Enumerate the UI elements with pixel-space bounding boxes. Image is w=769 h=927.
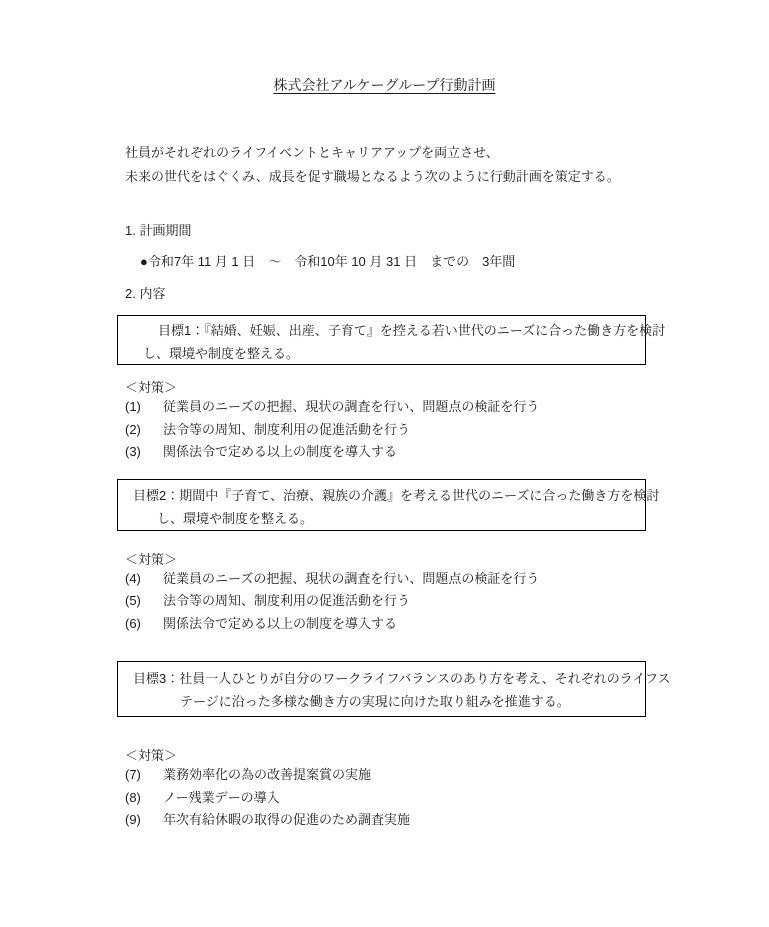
goal-2-line-1: 目標2：期間中『子育て、治療、親族の介護』を考える世代のニーズに合った働き方を検… — [118, 484, 645, 507]
goal-box-1: 目標1：『結婚、妊娠、出産、子育て』を控える若い世代のニーズに合った働き方を検討… — [117, 315, 646, 365]
measure-number: (7) — [125, 764, 163, 787]
measures-group-2: ＜対策＞ (4) 従業員のニーズの把握、現状の調査を行い、問題点の検証を行う (… — [125, 551, 769, 636]
measure-text: 業務効率化の為の改善提案賞の実施 — [163, 764, 769, 787]
goal-2-line-2: し、環境や制度を整える。 — [118, 507, 645, 530]
measure-item: (4) 従業員のニーズの把握、現状の調査を行い、問題点の検証を行う — [125, 568, 769, 591]
measure-text: 従業員のニーズの把握、現状の調査を行い、問題点の検証を行う — [163, 568, 769, 591]
plan-period-value: ●令和7年 11 月 1 日 ～ 令和10年 10 月 31 日 までの 3年間 — [140, 253, 769, 270]
section-heading-content: 2. 内容 — [125, 285, 769, 302]
goal-box-3: 目標3：社員一人ひとりが自分のワークライフバランスのあり方を考え、それぞれのライ… — [117, 661, 646, 717]
intro-line-1: 社員がそれぞれのライフイベントとキャリアアップを両立させ、 — [125, 141, 769, 165]
intro-paragraph: 社員がそれぞれのライフイベントとキャリアアップを両立させ、 未来の世代をはぐくみ… — [125, 141, 769, 189]
measure-item: (3) 関係法令で定める以上の制度を導入する — [125, 441, 769, 464]
measure-item: (2) 法令等の周知、制度利用の促進活動を行う — [125, 419, 769, 442]
measure-text: 法令等の周知、制度利用の促進活動を行う — [163, 590, 769, 613]
measure-text: 関係法令で定める以上の制度を導入する — [163, 441, 769, 464]
measure-item: (5) 法令等の周知、制度利用の促進活動を行う — [125, 590, 769, 613]
measure-item: (6) 関係法令で定める以上の制度を導入する — [125, 613, 769, 636]
measure-number: (6) — [125, 613, 163, 636]
section-heading-plan-period: 1. 計画期間 — [125, 222, 769, 239]
measure-item: (7) 業務効率化の為の改善提案賞の実施 — [125, 764, 769, 787]
measure-item: (1) 従業員のニーズの把握、現状の調査を行い、問題点の検証を行う — [125, 396, 769, 419]
measure-text: 法令等の周知、制度利用の促進活動を行う — [163, 419, 769, 442]
goal-3-line-1: 目標3：社員一人ひとりが自分のワークライフバランスのあり方を考え、それぞれのライ… — [118, 667, 645, 690]
measures-heading-3: ＜対策＞ — [125, 747, 769, 764]
measure-text: 年次有給休暇の取得の促進のため調査実施 — [163, 809, 769, 832]
measures-heading-2: ＜対策＞ — [125, 551, 769, 568]
measure-number: (2) — [125, 419, 163, 442]
measure-text: 従業員のニーズの把握、現状の調査を行い、問題点の検証を行う — [163, 396, 769, 419]
measure-number: (5) — [125, 590, 163, 613]
goal-1-line-2: し、環境や制度を整える。 — [118, 342, 645, 365]
goal-1-line-1: 目標1：『結婚、妊娠、出産、子育て』を控える若い世代のニーズに合った働き方を検討 — [118, 319, 645, 342]
measure-item: (9) 年次有給休暇の取得の促進のため調査実施 — [125, 809, 769, 832]
document-title: 株式会社アルケーグループ行動計画 — [0, 77, 769, 94]
measure-number: (9) — [125, 809, 163, 832]
measure-item: (8) ノー残業デーの導入 — [125, 787, 769, 810]
measure-number: (3) — [125, 441, 163, 464]
document-page: 株式会社アルケーグループ行動計画 社員がそれぞれのライフイベントとキャリアアップ… — [0, 0, 769, 927]
measures-group-1: ＜対策＞ (1) 従業員のニーズの把握、現状の調査を行い、問題点の検証を行う (… — [125, 379, 769, 464]
measure-number: (1) — [125, 396, 163, 419]
measure-number: (8) — [125, 787, 163, 810]
measures-heading-1: ＜対策＞ — [125, 379, 769, 396]
measure-text: ノー残業デーの導入 — [163, 787, 769, 810]
measure-number: (4) — [125, 568, 163, 591]
goal-box-2: 目標2：期間中『子育て、治療、親族の介護』を考える世代のニーズに合った働き方を検… — [117, 479, 646, 531]
measures-group-3: ＜対策＞ (7) 業務効率化の為の改善提案賞の実施 (8) ノー残業デーの導入 … — [125, 747, 769, 832]
measure-text: 関係法令で定める以上の制度を導入する — [163, 613, 769, 636]
intro-line-2: 未来の世代をはぐくみ、成長を促す職場となるよう次のように行動計画を策定する。 — [125, 165, 769, 189]
goal-3-line-2: テージに沿った多様な働き方の実現に向けた取り組みを推進する。 — [118, 690, 645, 713]
